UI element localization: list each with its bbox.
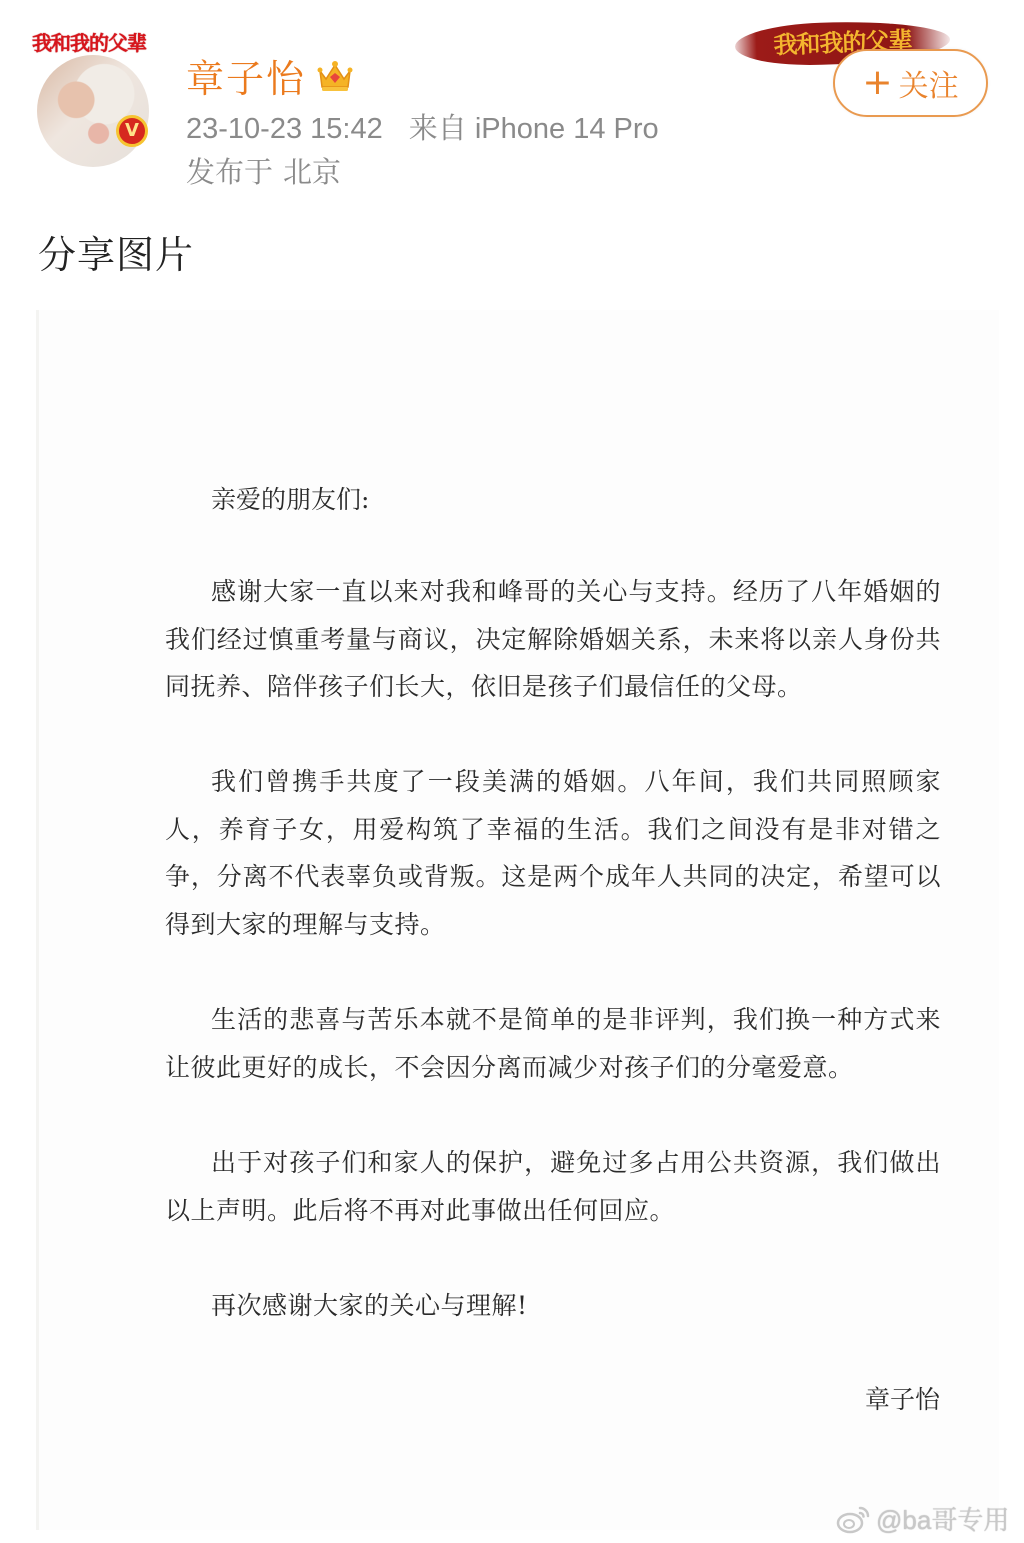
post-source: 来自 iPhone 14 Pro [409, 113, 659, 145]
letter-paragraph: 感谢大家一直以来对我和峰哥的关心与支持。经历了八年婚姻的我们经过慎重考量与商议，… [165, 568, 941, 711]
post-text: 分享图片 [38, 224, 194, 279]
plus-icon: + [862, 65, 892, 101]
verified-badge-icon: V [116, 115, 148, 147]
post-timestamp: 23-10-23 15:42 [186, 113, 383, 145]
shared-image[interactable]: 亲爱的朋友们: 感谢大家一直以来对我和峰哥的关心与支持。经历了八年婚姻的我们经过… [36, 310, 999, 1530]
letter-signature: 章子怡 [865, 1380, 940, 1416]
post-header: 我和我的父辈 V 章子怡 23-10-23 15:42 来自 iPhone 14… [0, 0, 1024, 200]
username-row: 章子怡 [186, 48, 354, 103]
avatar-container[interactable]: 我和我的父辈 V [30, 25, 160, 155]
avatar-frame-banner: 我和我的父辈 [32, 27, 146, 56]
post-meta: 23-10-23 15:42 来自 iPhone 14 Pro [186, 106, 659, 147]
letter-paragraph: 生活的悲喜与苦乐本就不是简单的是非评判，我们换一种方式来让彼此更好的成长，不会因… [165, 996, 941, 1091]
letter-paragraph: 再次感谢大家的关心与理解! [165, 1282, 941, 1330]
letter-paragraph: 我们曾携手共度了一段美满的婚姻。八年间，我们共同照顾家人，养育子女，用爱构筑了幸… [165, 758, 941, 948]
crown-icon[interactable] [316, 59, 354, 93]
follow-button[interactable]: + 关注 [833, 49, 988, 117]
post-location: 北京 [283, 155, 341, 189]
watermark: @ba哥专用 [836, 1500, 1009, 1537]
avatar[interactable] [37, 55, 149, 167]
username[interactable]: 章子怡 [186, 48, 306, 103]
letter-paragraph: 出于对孩子们和家人的保护，避免过多占用公共资源，我们做出以上声明。此后将不再对此… [165, 1139, 941, 1234]
location-prefix: 发布于 [186, 155, 273, 189]
follow-label: 关注 [899, 61, 959, 105]
letter-greeting: 亲爱的朋友们: [211, 480, 369, 516]
watermark-text: @ba哥专用 [876, 1500, 1009, 1537]
weibo-icon [836, 1504, 872, 1534]
post-location-row: 发布于北京 [186, 150, 341, 191]
